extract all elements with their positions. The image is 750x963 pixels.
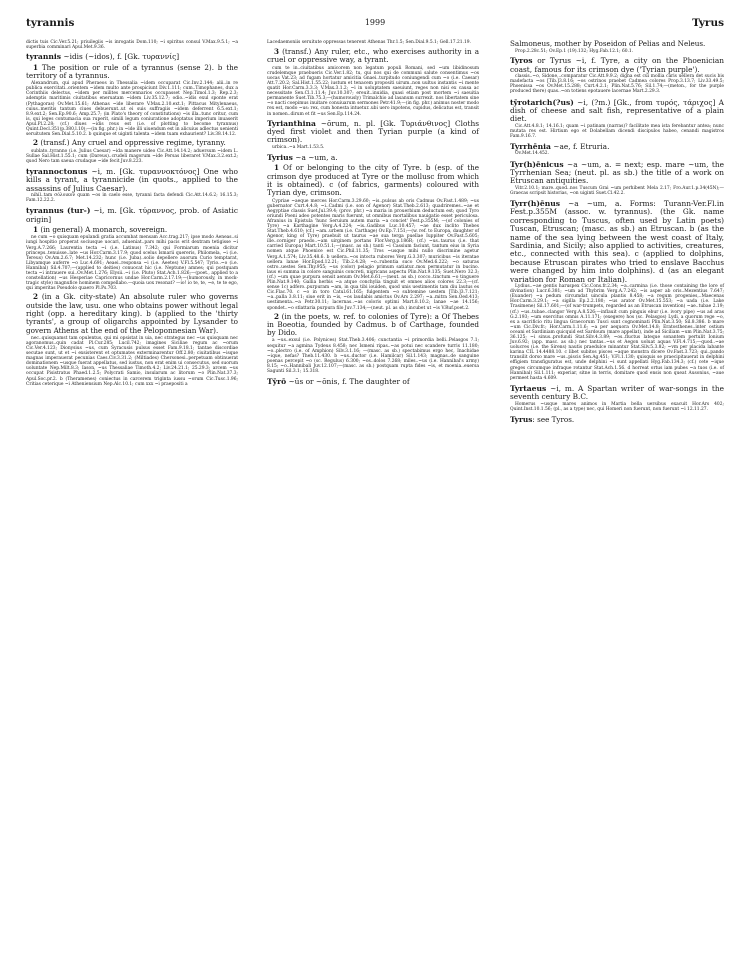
citations: Cic.Att.4.8.1; 14.16.1; quam ~i patinam … (510, 124, 724, 139)
citations: nec..quisquamst tam opulentus, qui mi op… (26, 336, 238, 387)
sense-number: 2 (33, 138, 38, 147)
entry-head: Tyrianthina ~ōrum, n. pl. [Gk. Τυριάνθιν… (267, 120, 479, 145)
sense-3: 3 (transf.) Any ruler, etc., who exercis… (267, 48, 479, 65)
citations: sublato..tyranno (i.e. Julius Caesar) ~i… (26, 149, 238, 164)
entry-definition: ~ae, f. Etruria. (551, 142, 610, 151)
sense-2: 2 (transf.) Any cruel and oppressive reg… (26, 139, 238, 147)
entry-tyrius: Tyrius ~a ~um, a. 1 Of or belonging to t… (267, 154, 479, 374)
entry-tyro: Tȳrō ~ūs or ~ōnis, f. The daughter of (267, 378, 479, 386)
citations: cum te in..ciuitatibus amicorem non lega… (267, 66, 479, 117)
entry-head: tyrannoctonus ~i, m. [Gk. τυραννοκτόνος]… (26, 168, 238, 193)
cross-reference-target: : see Tyros. (532, 415, 574, 424)
citations: Prop.2.28c.51; Ov.Ep.1 (19).132; Hyg.Fab… (510, 49, 724, 54)
entry-head: Tyr(h)ēnicus ~a ~um, a. = next; esp. mar… (510, 161, 724, 186)
citations: Ov.Met.14.452. (510, 151, 724, 156)
sense-1: 1 (in general) A monarch, sovereign. (26, 226, 238, 234)
entry-head: Tyrtaeus ~i, m. A Spartan writer of war-… (510, 385, 724, 402)
continuation-text: dictis tuis Cic.Ver.5.21; priuilegiis ~i… (26, 40, 238, 50)
headword: Tyrus (510, 415, 532, 424)
cross-reference-tyrus: Tyrus: see Tyros. (510, 416, 724, 424)
sense-definition: The position or rule of a tyrannus (sens… (26, 63, 238, 80)
entry-tyrrhenia: Tyrrhēnia ~ae, f. Etruria. Ov.Met.14.452… (510, 143, 724, 157)
sense-definition: (transf.) Any cruel and oppressive regim… (40, 138, 225, 147)
sense-1: 1 Of or belonging to the city of Tyre. b… (267, 164, 479, 197)
headword: Tȳrō (267, 377, 286, 386)
sense-number: 1 (33, 225, 38, 234)
sense-definition: (in general) A monarch, sovereign. (40, 225, 167, 234)
citations: Vitr.2.10.1; mare..quod..nos Tuscum Grai… (510, 186, 724, 196)
entry-tyrannis: tyrannis ~idis (~idos), f. [Gk. τυραννίς… (26, 53, 238, 164)
entry-definition: ~ūs or ~ōnis, f. The daughter of (286, 377, 409, 386)
continuation-definition: Salmoneus, mother by Poseidon of Pelias … (510, 40, 724, 48)
citations: a ~us..exsul (i.e. Polynices) Stat.Theb.… (267, 338, 479, 374)
sense-1: 1 The position or rule of a tyrannus (se… (26, 64, 238, 81)
entry-head: tyrannus (tur-) ~i, m. [Gk. τύραννος, pr… (26, 207, 238, 224)
column-middle: Lacedaemoniis seruitute oppressas tenere… (267, 40, 479, 391)
continuation-text: Lacedaemoniis seruitute oppressas tenere… (267, 40, 479, 45)
entry-tyrotarichus: tȳrotarich(?us) ~i, (?m.) [Gk., from τυρ… (510, 99, 724, 140)
entry-tyrannus: tyrannus (tur-) ~i, m. [Gk. τύραννος, pr… (26, 207, 238, 387)
citations: ne cum ~o quisquam epulandi gratia accum… (26, 235, 238, 291)
entry-tyrrhenicus: Tyr(h)ēnicus ~a ~um, a. = next; esp. mar… (510, 161, 724, 196)
entry-definition: ~a ~um, a. Forms: Turann-Ver.Fl.in Fest.… (510, 199, 724, 284)
column-right: Salmoneus, mother by Poseidon of Pelias … (510, 40, 724, 424)
citations: Homerus ~usque mares animos in Martia be… (510, 402, 724, 412)
citations: urbica..~a Mart.1.53.5. (267, 145, 479, 150)
entry-tyrannoctonus: tyrannoctonus ~i, m. [Gk. τυραννοκτόνος]… (26, 168, 238, 203)
running-head-right: Tyrus (692, 17, 724, 29)
entry-head: Tyrius ~a ~um, a. (267, 154, 479, 162)
dictionary-page: tyrannis 1999 Tyrus dictis tuis Cic.Ver.… (0, 0, 750, 963)
entry-head: Tyrr(h)ēnus ~a ~um, a. Forms: Turann-Ver… (510, 200, 724, 284)
sense-2: 2 (in the poets, w. ref. to colonies of … (267, 313, 479, 338)
citations: Alexandrum, qui apud Pheraeos in Thessal… (26, 81, 238, 137)
citations: Cypriae ~aeque merces Hor.Carm.3.29.60; … (267, 199, 479, 311)
sense-definition: (in a Gk. city-state) An absolute ruler … (26, 292, 238, 334)
entry-tyrtaeus: Tyrtaeus ~i, m. A Spartan writer of war-… (510, 385, 724, 412)
entry-head: tyrannis ~idis (~idos), f. [Gk. τυραννίς… (26, 53, 238, 61)
entry-head: Tyrrhēnia ~ae, f. Etruria. (510, 143, 724, 151)
page-number: 1999 (0, 18, 750, 27)
sense-2: 2 (in a Gk. city-state) An absolute rule… (26, 293, 238, 334)
headword: Tyrrhēnia (510, 142, 551, 151)
entry-tyrrhenus: Tyrr(h)ēnus ~a ~um, a. Forms: Turann-Ver… (510, 200, 724, 381)
entry-head: tȳrotarich(?us) ~i, (?m.) [Gk., from τυρ… (510, 99, 724, 124)
column-left: dictis tuis Cic.Ver.5.21; priuilegiis ~i… (26, 40, 238, 391)
entry-tyros: Tyros or Tyrus ~i, f. Tyre, a city on th… (510, 57, 724, 94)
sense-definition: (transf.) Any ruler, etc., who exercises… (267, 47, 479, 64)
entry-etymology: ~idis (~idos), f. [Gk. τυραννίς] (61, 52, 179, 61)
sense-definition: Of or belonging to the city of Tyre. b (… (267, 163, 479, 197)
citations: classis..~o, Sidone,..comparatur Cic.Att… (510, 74, 724, 94)
entry-head: Tȳrō ~ūs or ~ōnis, f. The daughter of (267, 378, 479, 386)
sense-definition: (in the poets, w. ref. to colonies of Ty… (267, 312, 479, 338)
entry-tyrianthina: Tyrianthina ~ōrum, n. pl. [Gk. Τυριάνθιν… (267, 120, 479, 150)
headword: tyrannis (26, 52, 61, 61)
entry-grammar: ~a ~um, a. (293, 153, 338, 162)
citations: Lydius..~ae gentis haruspex Cic.Cons.fr.… (510, 284, 724, 381)
entry-definition: or Tyrus ~i, f. Tyre, a city on the Phoe… (510, 56, 724, 73)
entry-head: Tyros or Tyrus ~i, f. Tyre, a city on th… (510, 57, 724, 74)
headword: Tyrius (267, 153, 293, 162)
citations: nihil..tam σόλοικον quam ~os in caelo es… (26, 193, 238, 203)
